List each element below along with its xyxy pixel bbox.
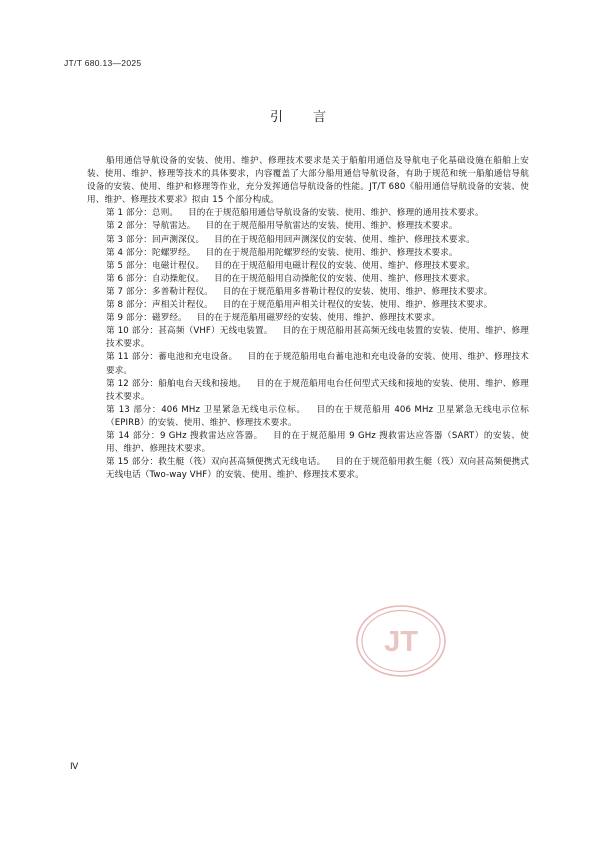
part-label: 第 14 部分：9 GHz 搜救雷达应答器。	[106, 431, 263, 441]
part-description: 目的在于规范船用多普勒计程仪的安装、使用、维护、修理技术要求。	[223, 287, 493, 297]
list-item: 第 1 部分：总则。目的在于规范船用通信导航设备的安装、使用、维护、修理的通用技…	[87, 207, 529, 220]
list-item: 第 8 部分：声相关计程仪。目的在于规范船用声相关计程仪的安装、使用、维护、修理…	[87, 299, 529, 312]
document-body: 船用通信导航设备的安装、使用、维护、修理技术要求是关于船舶用通信及导航电子化基础…	[87, 155, 529, 482]
list-item: 第 2 部分：导航雷达。目的在于规范船用导航雷达的安装、使用、维护、修理技术要求…	[87, 220, 529, 233]
part-description: 目的在于规范船用磁罗经的安装、使用、维护、修理技术要求。	[197, 313, 440, 323]
list-item: 第 5 部分：电磁计程仪。目的在于规范船用电磁计程仪的安装、使用、维护、修理技术…	[87, 260, 529, 273]
part-label: 第 9 部分：磁罗经。	[106, 313, 187, 323]
page-number: Ⅳ	[70, 761, 78, 772]
part-description: 目的在于规范船用导航雷达的安装、使用、维护、修理技术要求。	[205, 221, 457, 231]
page-title: 引言	[0, 106, 596, 125]
part-label: 第 8 部分：声相关计程仪。	[106, 300, 213, 310]
list-item: 第 7 部分：多普勒计程仪。目的在于规范船用多普勒计程仪的安装、使用、维护、修理…	[87, 286, 529, 299]
list-item: 第 15 部分：救生艇（筏）双向甚高频便携式无线电话。目的在于规范船用救生艇（筏…	[87, 456, 529, 482]
part-label: 第 13 部分：406 MHz 卫星紧急无线电示位标。	[106, 405, 306, 415]
jt-logo-icon: JT	[355, 604, 447, 678]
part-description: 目的在于规范船用陀螺罗经的安装、使用、维护、修理技术要求。	[205, 248, 457, 258]
list-item: 第 9 部分：磁罗经。目的在于规范船用磁罗经的安装、使用、维护、修理技术要求。	[87, 312, 529, 325]
part-label: 第 2 部分：导航雷达。	[106, 221, 195, 231]
part-description: 目的在于规范船用回声测深仪的安装、使用、维护、修理技术要求。	[214, 235, 475, 245]
list-item: 第 13 部分：406 MHz 卫星紧急无线电示位标。目的在于规范船用 406 …	[87, 404, 529, 430]
list-item: 第 12 部分：船舶电台天线和接地。目的在于规范船用电台任何型式天线和接地的安装…	[87, 378, 529, 404]
list-item: 第 11 部分：蓄电池和充电设备。目的在于规范船用电台蓄电池和充电设备的安装、使…	[87, 351, 529, 377]
list-item: 第 4 部分：陀螺罗经。目的在于规范船用陀螺罗经的安装、使用、维护、修理技术要求…	[87, 247, 529, 260]
part-label: 第 4 部分：陀螺罗经。	[106, 248, 195, 258]
part-label: 第 11 部分：蓄电池和充电设备。	[106, 352, 237, 362]
part-label: 第 1 部分：总则。	[106, 208, 178, 218]
list-item: 第 6 部分：自动操舵仪。目的在于规范船用自动操舵仪的安装、使用、维护、修理技术…	[87, 273, 529, 286]
jt-logo-stamp: JT	[355, 604, 447, 678]
part-description: 目的在于规范船用自动操舵仪的安装、使用、维护、修理技术要求。	[214, 274, 475, 284]
part-description: 目的在于规范船用声相关计程仪的安装、使用、维护、修理技术要求。	[223, 300, 493, 310]
part-label: 第 12 部分：船舶电台天线和接地。	[106, 379, 246, 389]
part-label: 第 3 部分：回声测深仪。	[106, 235, 204, 245]
list-item: 第 3 部分：回声测深仪。目的在于规范船用回声测深仪的安装、使用、维护、修理技术…	[87, 234, 529, 247]
part-label: 第 5 部分：电磁计程仪。	[106, 261, 204, 271]
intro-paragraph: 船用通信导航设备的安装、使用、维护、修理技术要求是关于船舶用通信及导航电子化基础…	[87, 155, 529, 207]
part-label: 第 15 部分：救生艇（筏）双向甚高频便携式无线电话。	[106, 457, 325, 467]
list-item: 第 10 部分：甚高频（VHF）无线电装置。目的在于规范船用甚高频无线电装置的安…	[87, 325, 529, 351]
part-description: 目的在于规范船用电磁计程仪的安装、使用、维护、修理技术要求。	[214, 261, 475, 271]
stamp-text: JT	[384, 626, 418, 658]
part-label: 第 7 部分：多普勒计程仪。	[106, 287, 213, 297]
part-description: 目的在于规范船用通信导航设备的安装、使用、维护、修理的通用技术要求。	[188, 208, 484, 218]
list-item: 第 14 部分：9 GHz 搜救雷达应答器。目的在于规范船用 9 GHz 搜救雷…	[87, 430, 529, 456]
part-label: 第 6 部分：自动操舵仪。	[106, 274, 204, 284]
standard-code-header: JT/T 680.13—2025	[64, 58, 141, 68]
part-label: 第 10 部分：甚高频（VHF）无线电装置。	[106, 326, 273, 336]
parts-list: 第 1 部分：总则。目的在于规范船用通信导航设备的安装、使用、维护、修理的通用技…	[87, 207, 529, 482]
